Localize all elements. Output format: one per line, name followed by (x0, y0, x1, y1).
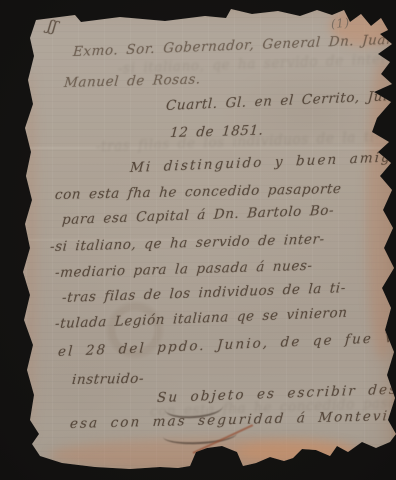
manuscript-photo: -si italiano, qe ha servido de inter- -t… (0, 0, 396, 480)
torn-edge-tint (0, 0, 396, 480)
manuscript-page: -si italiano, qe ha servido de inter- -t… (0, 0, 396, 480)
